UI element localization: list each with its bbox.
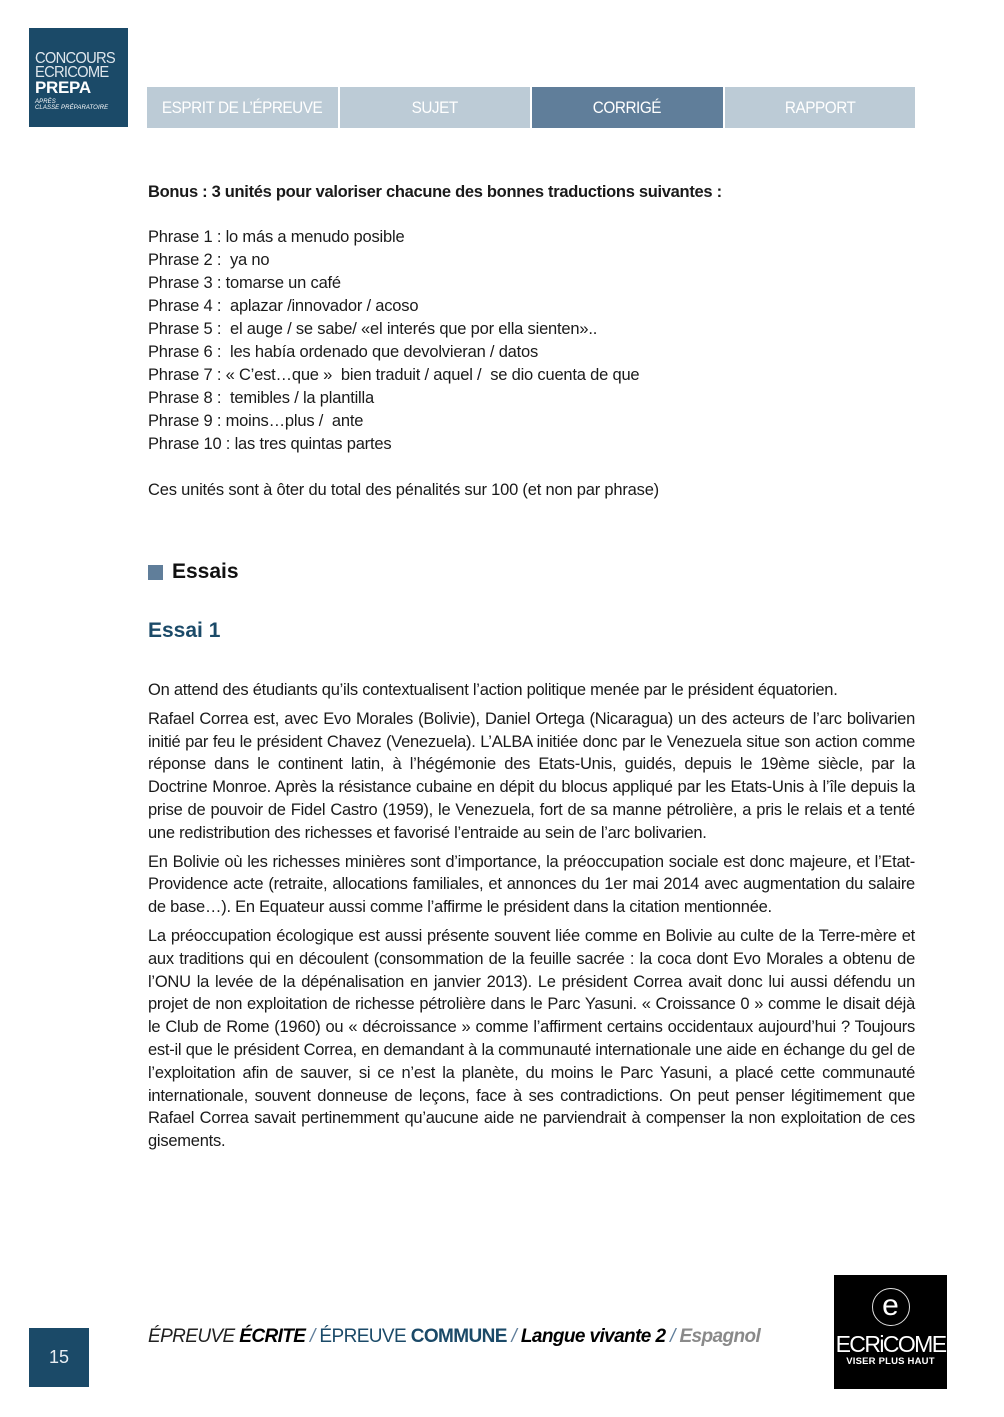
bonus-note: Ces unités sont à ôter du total des péna… [148, 479, 915, 502]
footer-separator: / [665, 1326, 679, 1347]
footer-separator: / [507, 1326, 521, 1347]
essay-paragraph: On attend des étudiants qu’ils contextua… [148, 679, 915, 702]
tab-label: RAPPORT [784, 98, 855, 118]
ecricome-logo: e ECRiCOME VISER PLUS HAUT [834, 1275, 947, 1389]
phrase-item: Phrase 9 : moins…plus / ante [148, 410, 915, 433]
ecricome-e-circle-icon: e [872, 1288, 910, 1326]
page-number: 15 [29, 1328, 89, 1387]
footer-breadcrumb: ÉPREUVE ÉCRITE / ÉPREUVE COMMUNE / Langu… [148, 1326, 760, 1348]
essay-heading: Essai 1 [148, 619, 220, 643]
phrase-item: Phrase 6 : les había ordenado que devolv… [148, 341, 915, 364]
phrase-list: Phrase 1 : lo más a menudo posible Phras… [148, 226, 915, 456]
footer-epreuve: ÉPREUVE [148, 1326, 239, 1347]
section-tabs: ESPRIT DE L’ÉPREUVE SUJET CORRIGÉ RAPPOR… [147, 87, 915, 128]
ecricome-logo-name: ECRiCOME [834, 1332, 947, 1356]
footer-commune: COMMUNE [411, 1326, 507, 1347]
bonus-section: Bonus : 3 unités pour valoriser chacune … [148, 180, 915, 502]
logo-line-ecricome: ECRICOME [35, 66, 121, 80]
bonus-title: Bonus : 3 unités pour valoriser chacune … [148, 180, 915, 204]
phrase-item: Phrase 1 : lo más a menudo posible [148, 226, 915, 249]
tab-sujet[interactable]: SUJET [340, 87, 531, 128]
phrase-item: Phrase 3 : tomarse un café [148, 272, 915, 295]
essay-paragraph: En Bolivie où les richesses minières son… [148, 851, 915, 919]
logo-line-classe-preparatoire: CLASSE PRÉPARATOIRE [35, 105, 128, 111]
phrase-item: Phrase 4 : aplazar /innovador / acoso [148, 295, 915, 318]
footer-langue-vivante: Langue vivante 2 [521, 1326, 666, 1347]
phrase-item: Phrase 10 : las tres quintas partes [148, 433, 915, 456]
phrase-item: Phrase 5 : el auge / se sabe/ «el interé… [148, 318, 915, 341]
footer-epreuve-2: ÉPREUVE [319, 1326, 410, 1347]
phrase-item: Phrase 7 : « C’est…que » bien traduit / … [148, 364, 915, 387]
phrase-item: Phrase 2 : ya no [148, 249, 915, 272]
section-heading-text: Essais [172, 560, 239, 584]
tab-label: SUJET [412, 98, 458, 118]
tab-label: ESPRIT DE L’ÉPREUVE [162, 98, 322, 118]
section-heading-essais: Essais [148, 560, 239, 584]
tab-label: CORRIGÉ [593, 98, 661, 118]
footer-separator: / [305, 1326, 319, 1347]
square-bullet-icon [148, 565, 163, 580]
concours-ecricome-prepa-logo: CONCOURS ECRICOME PREPA APRÈS CLASSE PRÉ… [29, 28, 128, 127]
footer-espagnol: Espagnol [679, 1326, 760, 1347]
logo-line-prepa: PREPA [35, 80, 128, 96]
essay-paragraph: La préoccupation écologique est aussi pr… [148, 925, 915, 1153]
footer-ecrite: ÉCRITE [239, 1326, 305, 1347]
tab-corrige[interactable]: CORRIGÉ [532, 87, 723, 128]
ecricome-logo-tagline: VISER PLUS HAUT [834, 1356, 947, 1367]
tab-rapport[interactable]: RAPPORT [725, 87, 916, 128]
essay-body: On attend des étudiants qu’ils contextua… [148, 679, 915, 1159]
tab-esprit-de-l-epreuve[interactable]: ESPRIT DE L’ÉPREUVE [147, 87, 338, 128]
essay-paragraph: Rafael Correa est, avec Evo Morales (Bol… [148, 708, 915, 845]
phrase-item: Phrase 8 : temibles / la plantilla [148, 387, 915, 410]
